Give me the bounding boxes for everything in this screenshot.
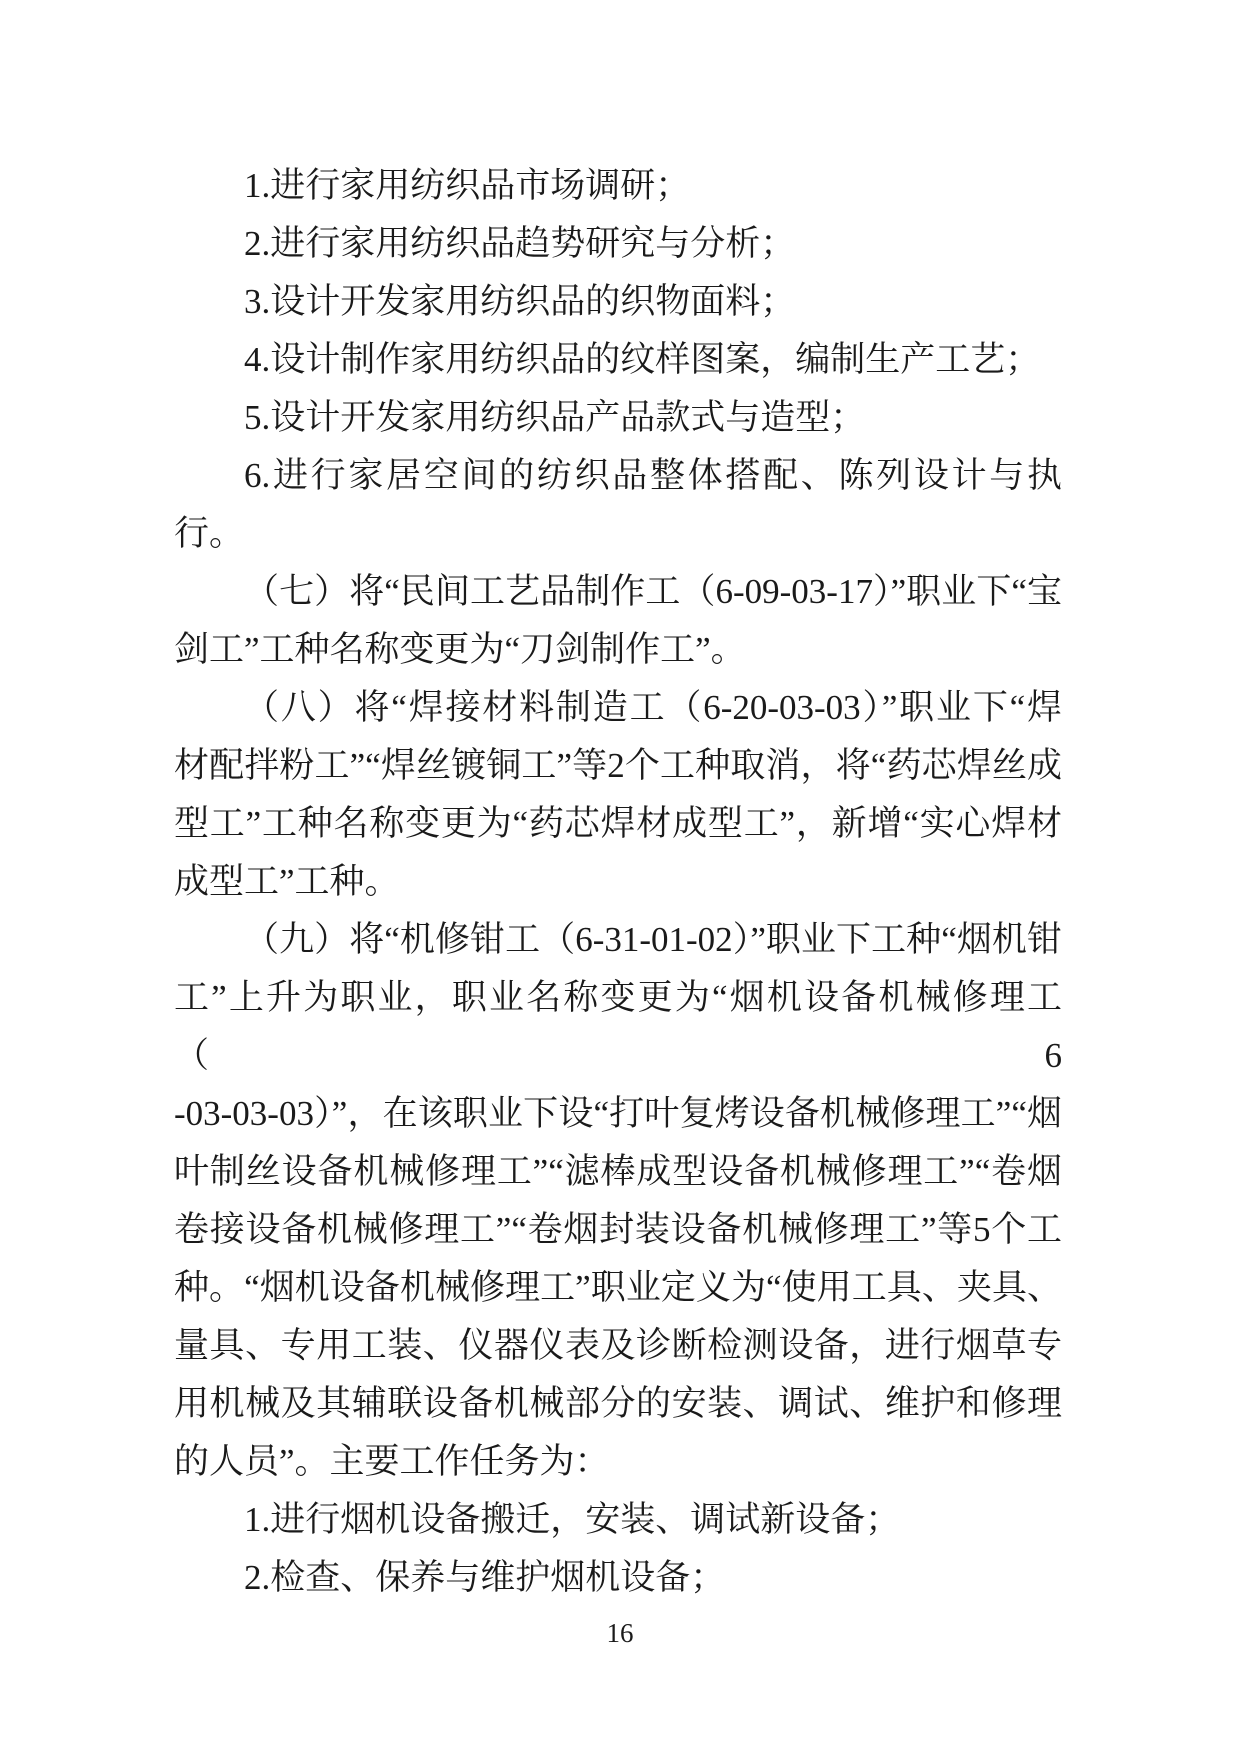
text-line: 用机械及其辅联设备机械部分的安装、调试、维护和修理 bbox=[174, 1375, 1062, 1433]
text-line: 成型工”工种。 bbox=[174, 853, 1062, 911]
page-number: 16 bbox=[0, 1616, 1240, 1650]
text-line: 工”上升为职业，职业名称变更为“烟机设备机械修理工（6 bbox=[174, 969, 1062, 1085]
text-line: （九）将“机修钳工（6-31-01-02）”职业下工种“烟机钳 bbox=[174, 911, 1062, 969]
text-line: （八）将“焊接材料制造工（6-20-03-03）”职业下“焊 bbox=[174, 679, 1062, 737]
document-body: 1.进行家用纺织品市场调研；2.进行家用纺织品趋势研究与分析；3.设计开发家用纺… bbox=[174, 157, 1062, 1607]
text-line: （七）将“民间工艺品制作工（6-09-03-17）”职业下“宝 bbox=[174, 563, 1062, 621]
text-line: 2.检查、保养与维护烟机设备； bbox=[174, 1549, 1062, 1607]
text-line: 卷接设备机械修理工”“卷烟封装设备机械修理工”等5个工 bbox=[174, 1201, 1062, 1259]
document-page: 1.进行家用纺织品市场调研；2.进行家用纺织品趋势研究与分析；3.设计开发家用纺… bbox=[0, 0, 1240, 1753]
text-line: 5.设计开发家用纺织品产品款式与造型； bbox=[174, 389, 1062, 447]
text-line: 1.进行烟机设备搬迁，安装、调试新设备； bbox=[174, 1491, 1062, 1549]
text-line: 型工”工种名称变更为“药芯焊材成型工”，新增“实心焊材 bbox=[174, 795, 1062, 853]
text-line: 行。 bbox=[174, 505, 1062, 563]
text-line: 6.进行家居空间的纺织品整体搭配、陈列设计与执 bbox=[174, 447, 1062, 505]
text-line: -03-03-03）”，在该职业下设“打叶复烤设备机械修理工”“烟 bbox=[174, 1085, 1062, 1143]
text-line: 的人员”。主要工作任务为： bbox=[174, 1433, 1062, 1491]
text-line: 3.设计开发家用纺织品的织物面料； bbox=[174, 273, 1062, 331]
text-line: 剑工”工种名称变更为“刀剑制作工”。 bbox=[174, 621, 1062, 679]
text-line: 叶制丝设备机械修理工”“滤棒成型设备机械修理工”“卷烟 bbox=[174, 1143, 1062, 1201]
text-line: 4.设计制作家用纺织品的纹样图案，编制生产工艺； bbox=[174, 331, 1062, 389]
text-line: 种。“烟机设备机械修理工”职业定义为“使用工具、夹具、 bbox=[174, 1259, 1062, 1317]
text-line: 材配拌粉工”“焊丝镀铜工”等2个工种取消，将“药芯焊丝成 bbox=[174, 737, 1062, 795]
text-line: 1.进行家用纺织品市场调研； bbox=[174, 157, 1062, 215]
text-line: 2.进行家用纺织品趋势研究与分析； bbox=[174, 215, 1062, 273]
text-line: 量具、专用工装、仪器仪表及诊断检测设备，进行烟草专 bbox=[174, 1317, 1062, 1375]
